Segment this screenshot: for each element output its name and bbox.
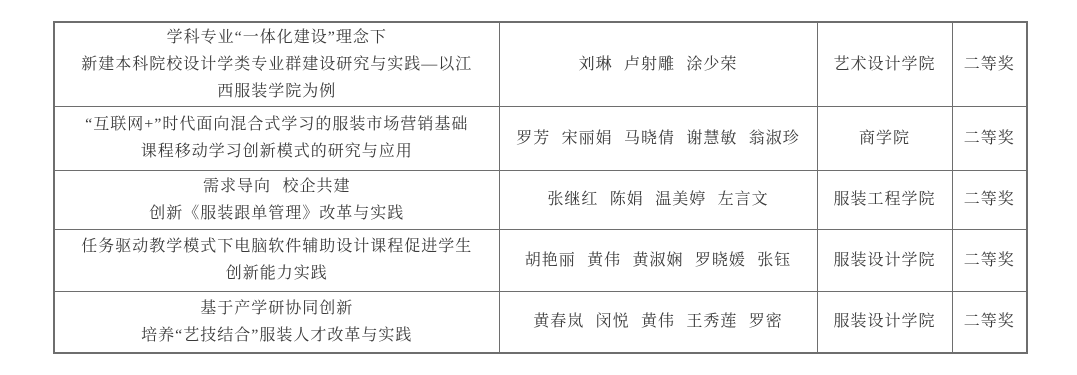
authors-cell: 罗芳 宋丽娟 马晓倩 谢慧敏 翁淑珍 [499, 106, 817, 170]
project-title-cell: “互联网+”时代面向混合式学习的服装市场营销基础 课程移动学习创新模式的研究与应… [54, 106, 499, 170]
authors-cell: 胡艳丽 黄伟 黄淑娴 罗晓媛 张钰 [499, 229, 817, 291]
authors-cell: 刘琳 卢射雕 涂少荣 [499, 22, 817, 106]
authors-cell: 黄春岚 闵悦 黄伟 王秀莲 罗密 [499, 291, 817, 353]
college-cell: 艺术设计学院 [817, 22, 952, 106]
project-title-line: 培养“艺技结合”服装人才改革与实践 [61, 322, 493, 349]
award-cell: 二等奖 [952, 229, 1027, 291]
college-cell: 服装设计学院 [817, 229, 952, 291]
awards-table: 学科专业“一体化建设”理念下 新建本科院校设计学类专业群建设研究与实践—以江 西… [53, 21, 1028, 354]
table-row: 任务驱动教学模式下电脑软件辅助设计课程促进学生 创新能力实践 胡艳丽 黄伟 黄淑… [54, 229, 1027, 291]
project-title-cell: 任务驱动教学模式下电脑软件辅助设计课程促进学生 创新能力实践 [54, 229, 499, 291]
project-title-line: 西服装学院为例 [61, 78, 493, 105]
authors-cell: 张继红 陈娟 温美婷 左言文 [499, 170, 817, 229]
project-title-cell: 基于产学研协同创新 培养“艺技结合”服装人才改革与实践 [54, 291, 499, 353]
project-title-line: 创新《服装跟单管理》改革与实践 [61, 200, 493, 227]
table-row: 学科专业“一体化建设”理念下 新建本科院校设计学类专业群建设研究与实践—以江 西… [54, 22, 1027, 106]
award-cell: 二等奖 [952, 170, 1027, 229]
award-cell: 二等奖 [952, 291, 1027, 353]
project-title-line: 课程移动学习创新模式的研究与应用 [61, 138, 493, 165]
project-title-line: 新建本科院校设计学类专业群建设研究与实践—以江 [61, 51, 493, 78]
award-cell: 二等奖 [952, 106, 1027, 170]
project-title-line: “互联网+”时代面向混合式学习的服装市场营销基础 [61, 111, 493, 138]
college-cell: 服装工程学院 [817, 170, 952, 229]
project-title-line: 学科专业“一体化建设”理念下 [61, 24, 493, 51]
table-row: 需求导向 校企共建 创新《服装跟单管理》改革与实践 张继红 陈娟 温美婷 左言文… [54, 170, 1027, 229]
project-title-line: 创新能力实践 [61, 260, 493, 287]
project-title-cell: 需求导向 校企共建 创新《服装跟单管理》改革与实践 [54, 170, 499, 229]
table-row: 基于产学研协同创新 培养“艺技结合”服装人才改革与实践 黄春岚 闵悦 黄伟 王秀… [54, 291, 1027, 353]
college-cell: 商学院 [817, 106, 952, 170]
project-title-line: 任务驱动教学模式下电脑软件辅助设计课程促进学生 [61, 233, 493, 260]
project-title-line: 需求导向 校企共建 [61, 173, 493, 200]
college-cell: 服装设计学院 [817, 291, 952, 353]
project-title-cell: 学科专业“一体化建设”理念下 新建本科院校设计学类专业群建设研究与实践—以江 西… [54, 22, 499, 106]
table-row: “互联网+”时代面向混合式学习的服装市场营销基础 课程移动学习创新模式的研究与应… [54, 106, 1027, 170]
award-cell: 二等奖 [952, 22, 1027, 106]
project-title-line: 基于产学研协同创新 [61, 295, 493, 322]
